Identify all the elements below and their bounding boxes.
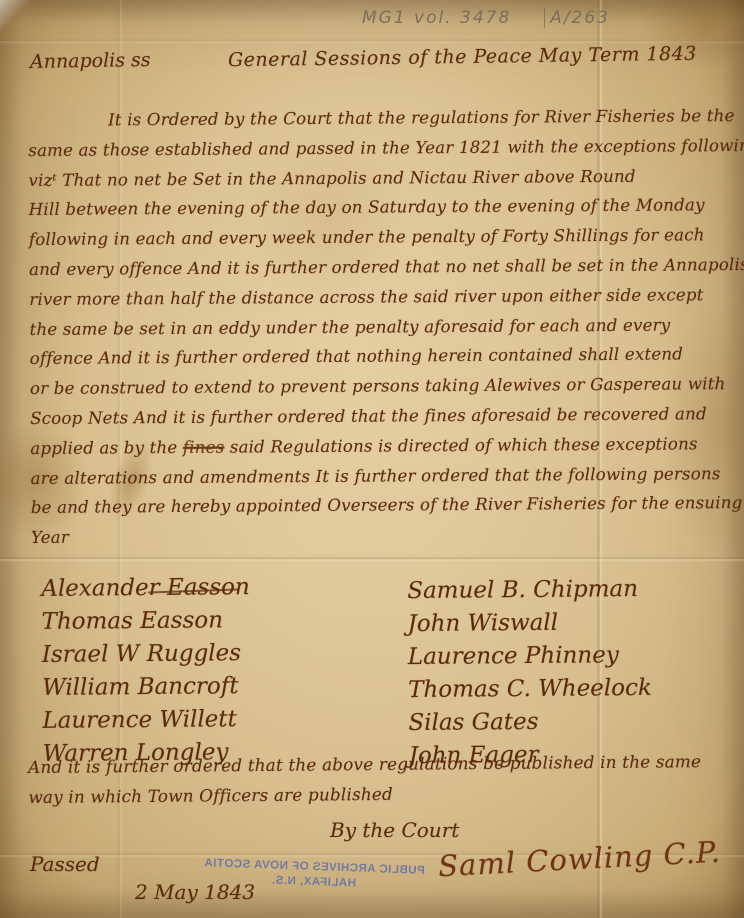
manuscript-line: It is Ordered by the Court that the regu… (28, 101, 736, 136)
overseer-name: Silas Gates (408, 705, 652, 740)
manuscript-line: way in which Town Officers are published (28, 776, 736, 812)
overseer-name: William Bancroft (42, 670, 251, 705)
manuscript-line: following in each and every week under t… (29, 220, 737, 255)
clerk-signature: Saml Cowling C.P. (437, 835, 721, 884)
overseer-name: Laurence Willett (42, 703, 251, 738)
manuscript-line: offence And it is further ordered that n… (30, 339, 738, 374)
order-paragraph: It is Ordered by the Court that the regu… (28, 101, 739, 553)
manuscript-line: Hill between the evening of the day on S… (29, 190, 737, 225)
manuscript-line: and every offence And it is further orde… (29, 250, 737, 285)
manuscript-line: are alterations and amendments It is fur… (30, 459, 738, 494)
line-segment: applied as by the (30, 438, 183, 458)
overseer-name: Samuel B. Chipman (407, 573, 651, 608)
manuscript-line: Scoop Nets And it is further ordered tha… (30, 399, 738, 434)
manuscript-line: river more than half the distance across… (29, 280, 737, 315)
manuscript-line: same as those established and passed in … (28, 131, 736, 166)
manuscript-page: MG1 vol. 3478 A/263 Annapolis ss General… (0, 0, 744, 918)
manuscript-line: And it is further ordered that the above… (28, 746, 736, 782)
archive-annotation: MG1 vol. 3478 A/263 (362, 8, 610, 28)
manuscript-line-with-strikethrough: applied as by the fines said Regulations… (30, 429, 738, 464)
passed-label: Passed (30, 852, 100, 876)
manuscript-line: the same be set in an eddy under the pen… (29, 310, 737, 345)
overseers-left-column: Alexander Easson Thomas Easson Israel W … (41, 571, 251, 771)
overseer-name: Israel W Ruggles (42, 637, 251, 672)
archive-reference-number: A/263 (544, 8, 610, 28)
overseer-name: Thomas C. Wheelock (408, 672, 652, 707)
manuscript-line: be and they are hereby appointed Oversee… (31, 488, 739, 523)
manuscript-line: Year (31, 518, 739, 553)
overseer-name: Laurence Phinney (408, 639, 652, 674)
horizontal-fold-crease (0, 556, 744, 562)
archive-collection-number: MG1 vol. 3478 (362, 8, 511, 28)
overseer-name: John Wiswall (407, 606, 651, 641)
closing-paragraph: And it is further ordered that the above… (28, 746, 736, 812)
overseer-name: Thomas Easson (41, 604, 250, 639)
by-the-court-line: By the Court (330, 818, 459, 842)
line-segment: said Regulations is directed of which th… (224, 434, 697, 456)
struck-word: fines (183, 437, 225, 456)
document-title: General Sessions of the Peace May Term 1… (228, 43, 697, 72)
manuscript-line: or be construed to extend to prevent per… (30, 369, 738, 404)
manuscript-line: vizᵗ That no net be Set in the Annapolis… (28, 161, 736, 196)
place-heading: Annapolis ss (30, 49, 151, 73)
overseers-right-column: Samuel B. Chipman John Wiswall Laurence … (407, 573, 652, 773)
